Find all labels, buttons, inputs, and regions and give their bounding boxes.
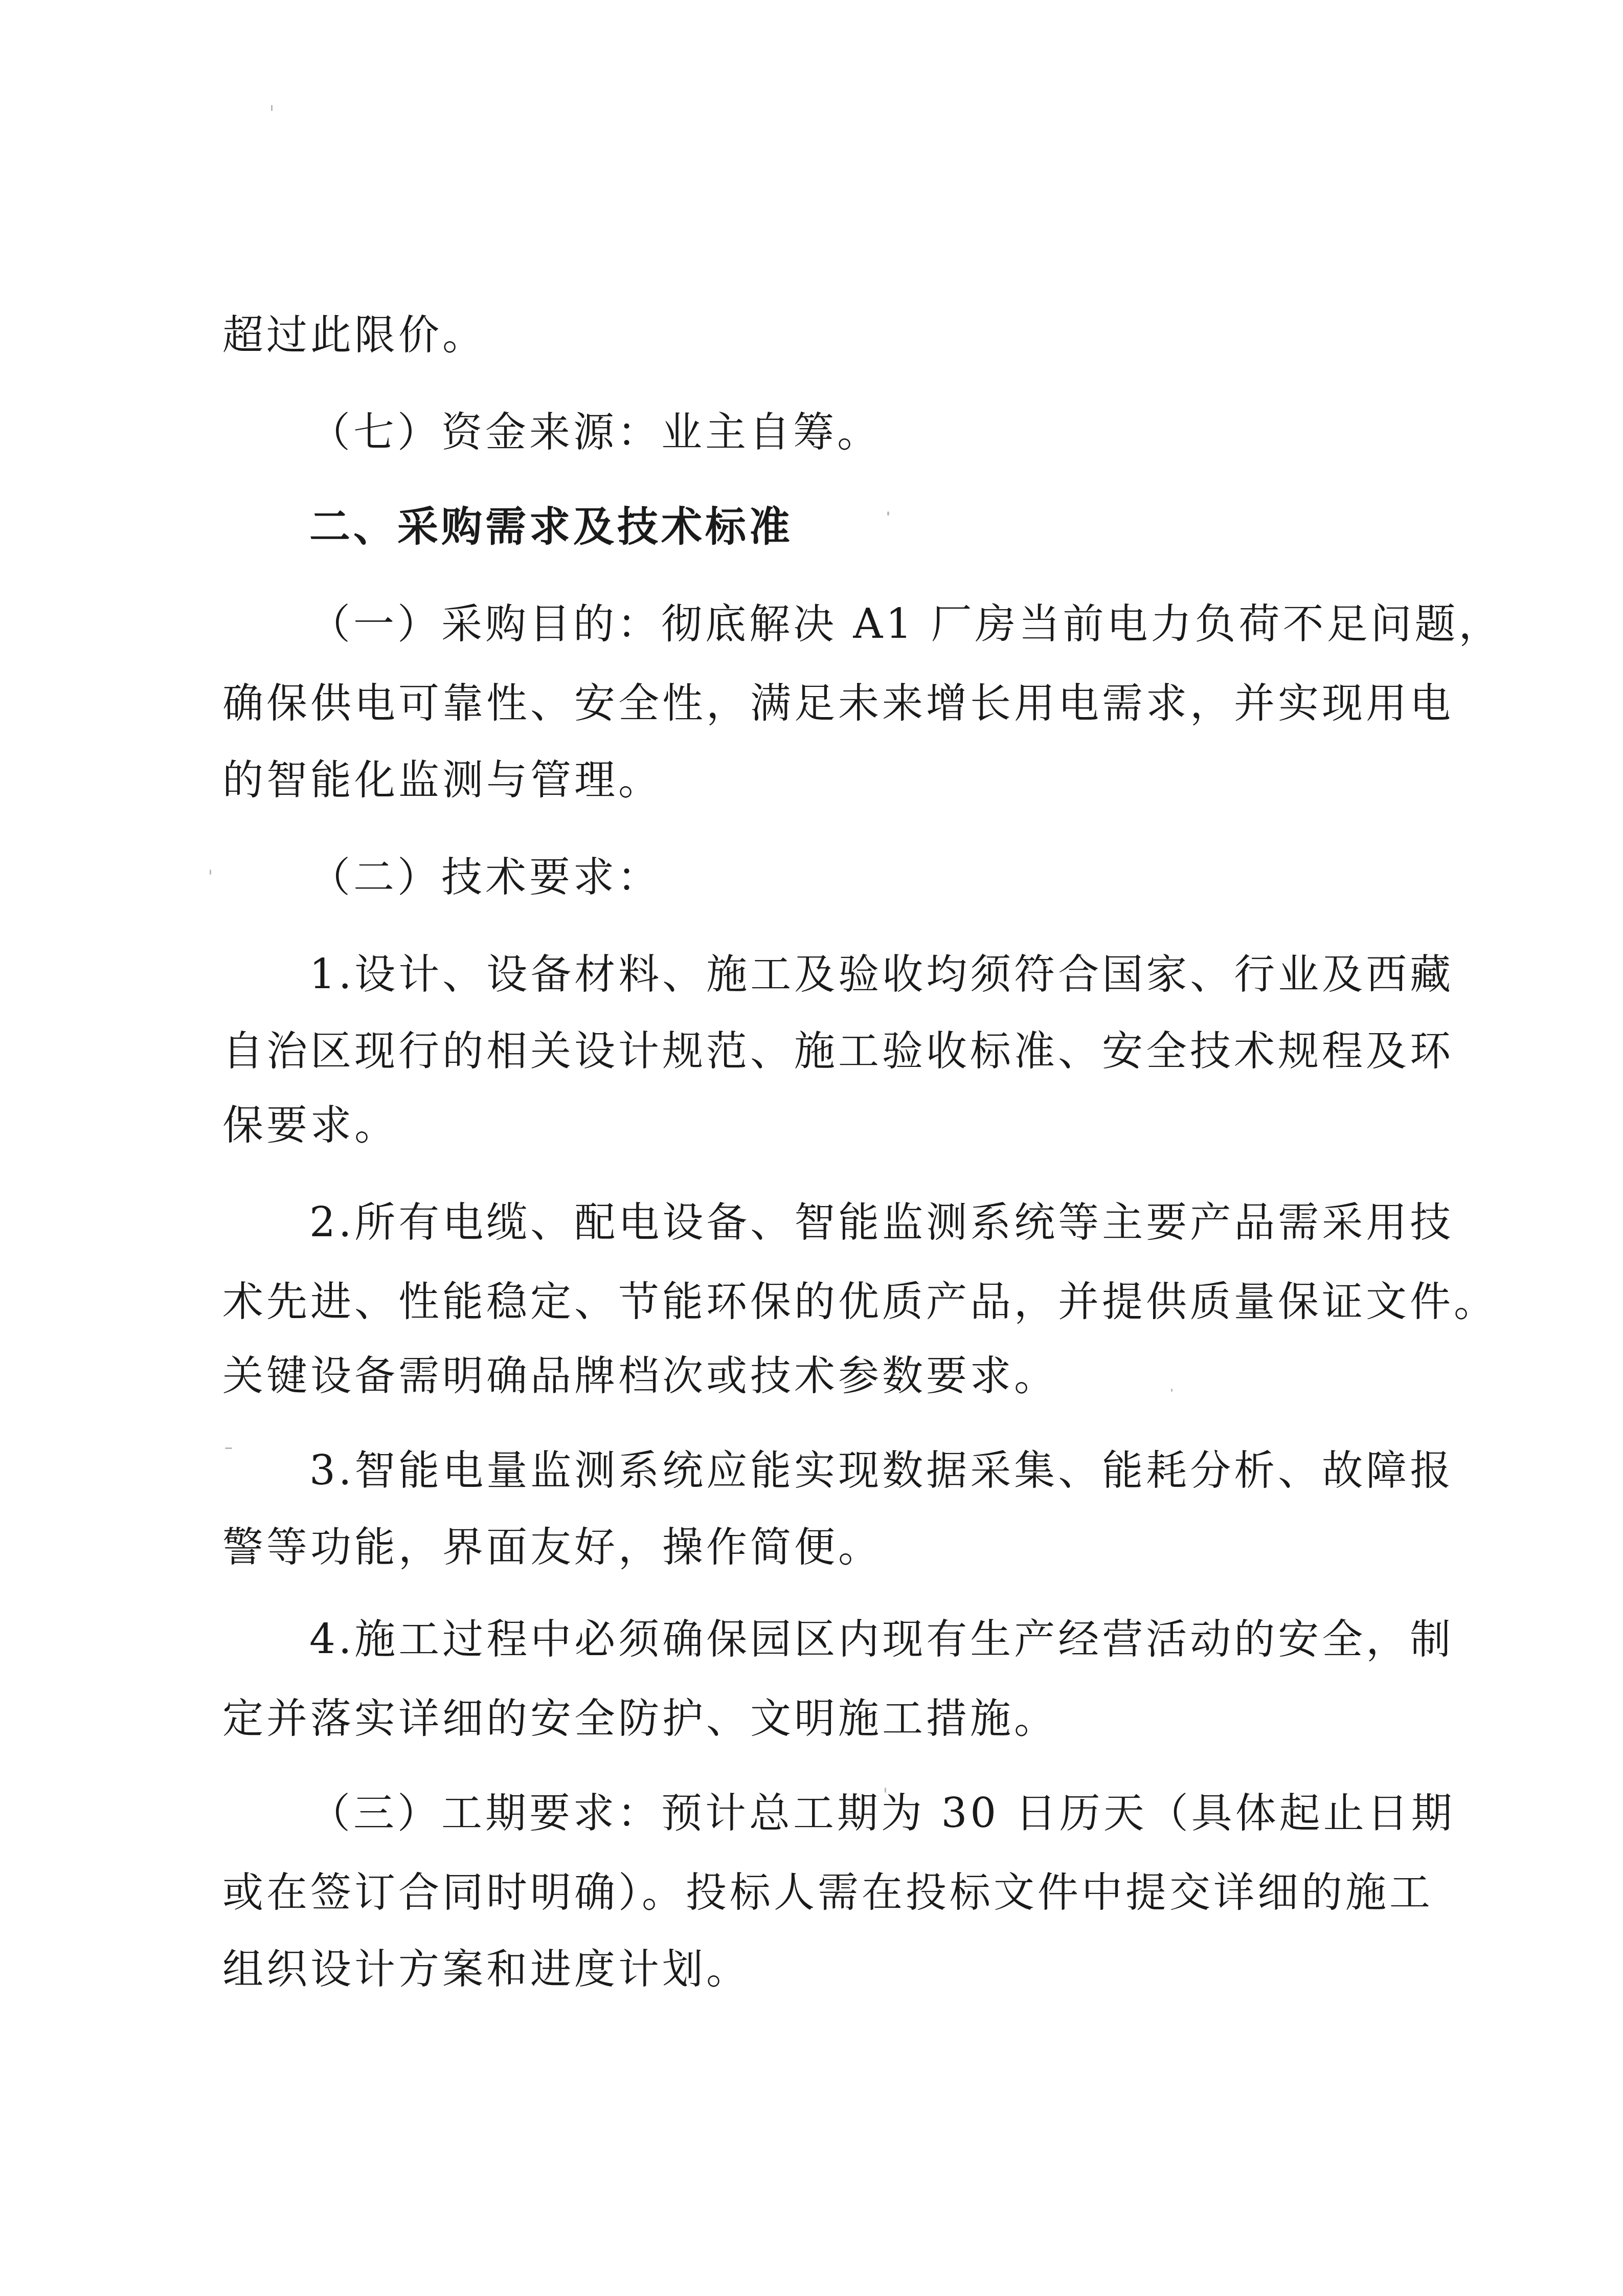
section-heading-procurement-requirements: 二、采购需求及技术标准	[309, 499, 1411, 555]
text-line-req3-1: 3.智能电量监测系统应能实现数据采集、能耗分析、故障报	[309, 1442, 1411, 1499]
text-line-funding-source: （七）资金来源：业主自筹。	[309, 404, 1411, 460]
text-line-req1-1: 1.设计、设备材料、施工及验收均须符合国家、行业及西藏	[309, 946, 1411, 1002]
text-line-req2-2: 术先进、性能稳定、节能环保的优质产品，并提供质量保证文件。	[222, 1274, 1411, 1330]
scan-speck	[885, 1788, 886, 1793]
text-line-limit-price: 超过此限价。	[222, 307, 1411, 363]
text-line-purpose-1: （一）采购目的：彻底解决 A1 厂房当前电力负荷不足问题，	[309, 596, 1411, 652]
scan-speck	[271, 105, 273, 111]
scan-speck	[225, 1447, 232, 1449]
text-line-req2-3: 关键设备需明确品牌档次或技术参数要求。	[222, 1348, 1411, 1404]
scan-speck	[1171, 1389, 1173, 1392]
text-line-req1-3: 保要求。	[222, 1097, 1411, 1153]
scan-speck	[210, 870, 211, 875]
text-line-req4-2: 定并落实详细的安全防护、文明施工措施。	[222, 1690, 1411, 1747]
text-line-purpose-3: 的智能化监测与管理。	[222, 752, 1411, 808]
text-line-purpose-2: 确保供电可靠性、安全性，满足未来增长用电需求，并实现用电	[222, 675, 1411, 731]
text-line-schedule-1: （三）工期要求：预计总工期为 30 日历天（具体起止日期	[309, 1785, 1411, 1841]
scan-speck	[887, 511, 889, 516]
text-line-schedule-3: 组织设计方案和进度计划。	[222, 1941, 1411, 1997]
text-line-schedule-2: 或在签订合同时明确）。投标人需在投标文件中提交详细的施工	[222, 1864, 1411, 1921]
text-line-req2-1: 2.所有电缆、配电设备、智能监测系统等主要产品需采用技	[309, 1194, 1411, 1251]
text-line-technical-requirements-label: （二）技术要求：	[309, 849, 1411, 905]
text-line-req1-2: 自治区现行的相关设计规范、施工验收标准、安全技术规程及环	[222, 1023, 1411, 1079]
text-line-req3-2: 警等功能，界面友好，操作简便。	[222, 1519, 1411, 1575]
document-page: 超过此限价。 （七）资金来源：业主自筹。 二、采购需求及技术标准 （一）采购目的…	[0, 0, 1623, 2296]
text-line-req4-1: 4.施工过程中必须确保园区内现有生产经营活动的安全，制	[309, 1611, 1411, 1667]
